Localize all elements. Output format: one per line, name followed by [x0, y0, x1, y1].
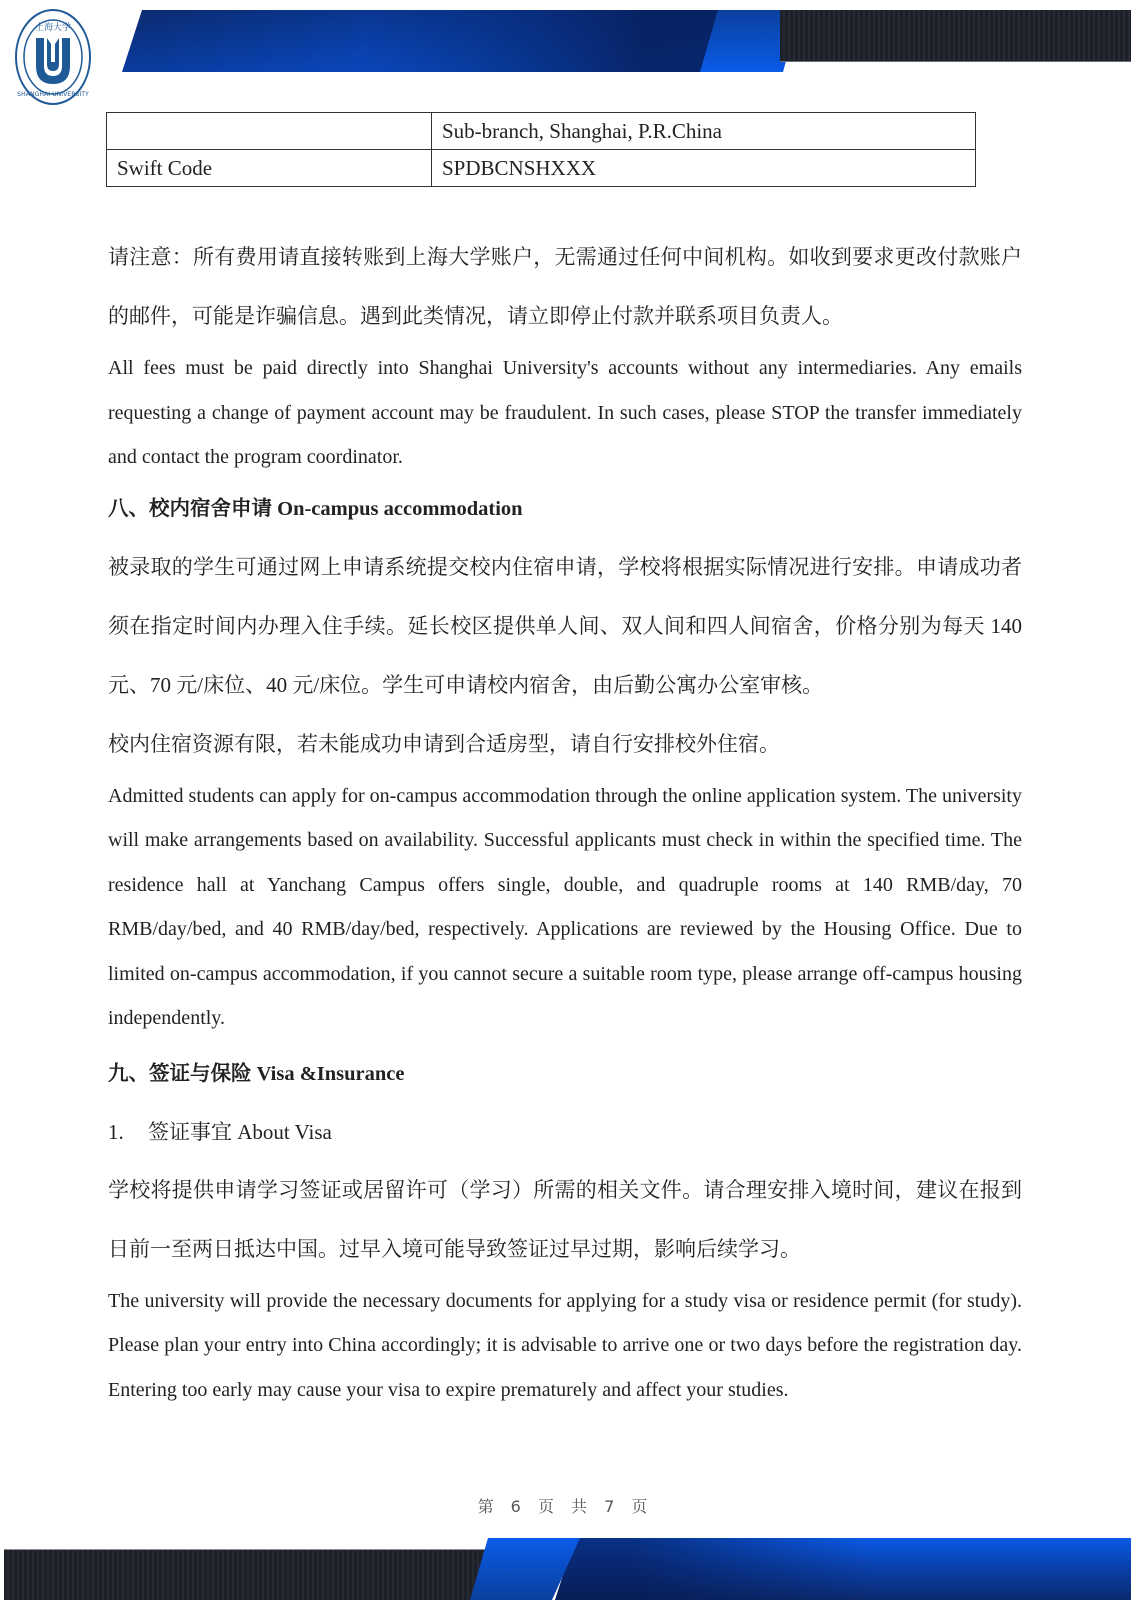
payment-notice-en: All fees must be paid directly into Shan…	[108, 346, 1022, 480]
table-row: Swift Code SPDBCNSHXXX	[107, 150, 976, 187]
section-heading-accommodation: 八、校内宿舍申请 On-campus accommodation	[108, 480, 1022, 538]
page-number: 第 6 页 共 7 页	[0, 1494, 1131, 1517]
table-cell-value: Sub-branch, Shanghai, P.R.China	[432, 113, 976, 150]
shanghai-university-logo-icon: 上海大学 SHANGHAI UNIVERSITY	[14, 8, 92, 106]
subsection-title: 签证事宜 About Visa	[148, 1120, 332, 1144]
header-banner-dark	[780, 10, 1131, 62]
footer-banner-dark	[4, 1549, 504, 1600]
section-heading-visa-insurance: 九、签证与保险 Visa &Insurance	[108, 1045, 1022, 1103]
accommodation-note-zh: 校内住宿资源有限，若未能成功申请到合适房型，请自行安排校外住宿。	[108, 715, 1022, 774]
table-cell-value: SPDBCNSHXXX	[432, 150, 976, 187]
table-cell-label	[107, 113, 432, 150]
table-row: Sub-branch, Shanghai, P.R.China	[107, 113, 976, 150]
svg-text:上海大学: 上海大学	[35, 21, 71, 33]
footer-banner-blue	[555, 1538, 1131, 1600]
subsection-heading-visa: 1.签证事宜 About Visa	[108, 1103, 1022, 1161]
bank-details-table: Sub-branch, Shanghai, P.R.China Swift Co…	[106, 112, 976, 187]
subsection-number: 1.	[108, 1103, 148, 1161]
payment-notice-zh: 请注意：所有费用请直接转账到上海大学账户，无需通过任何中间机构。如收到要求更改付…	[108, 228, 1022, 346]
accommodation-text-zh: 被录取的学生可通过网上申请系统提交校内住宿申请，学校将根据实际情况进行安排。申请…	[108, 538, 1022, 715]
svg-text:SHANGHAI UNIVERSITY: SHANGHAI UNIVERSITY	[17, 91, 89, 98]
header-banner-blue	[122, 10, 732, 72]
table-cell-label: Swift Code	[107, 150, 432, 187]
visa-text-zh: 学校将提供申请学习签证或居留许可（学习）所需的相关文件。请合理安排入境时间，建议…	[108, 1161, 1022, 1279]
accommodation-text-en: Admitted students can apply for on-campu…	[108, 774, 1022, 1041]
visa-text-en: The university will provide the necessar…	[108, 1279, 1022, 1413]
document-body: 请注意：所有费用请直接转账到上海大学账户，无需通过任何中间机构。如收到要求更改付…	[108, 228, 1022, 1412]
